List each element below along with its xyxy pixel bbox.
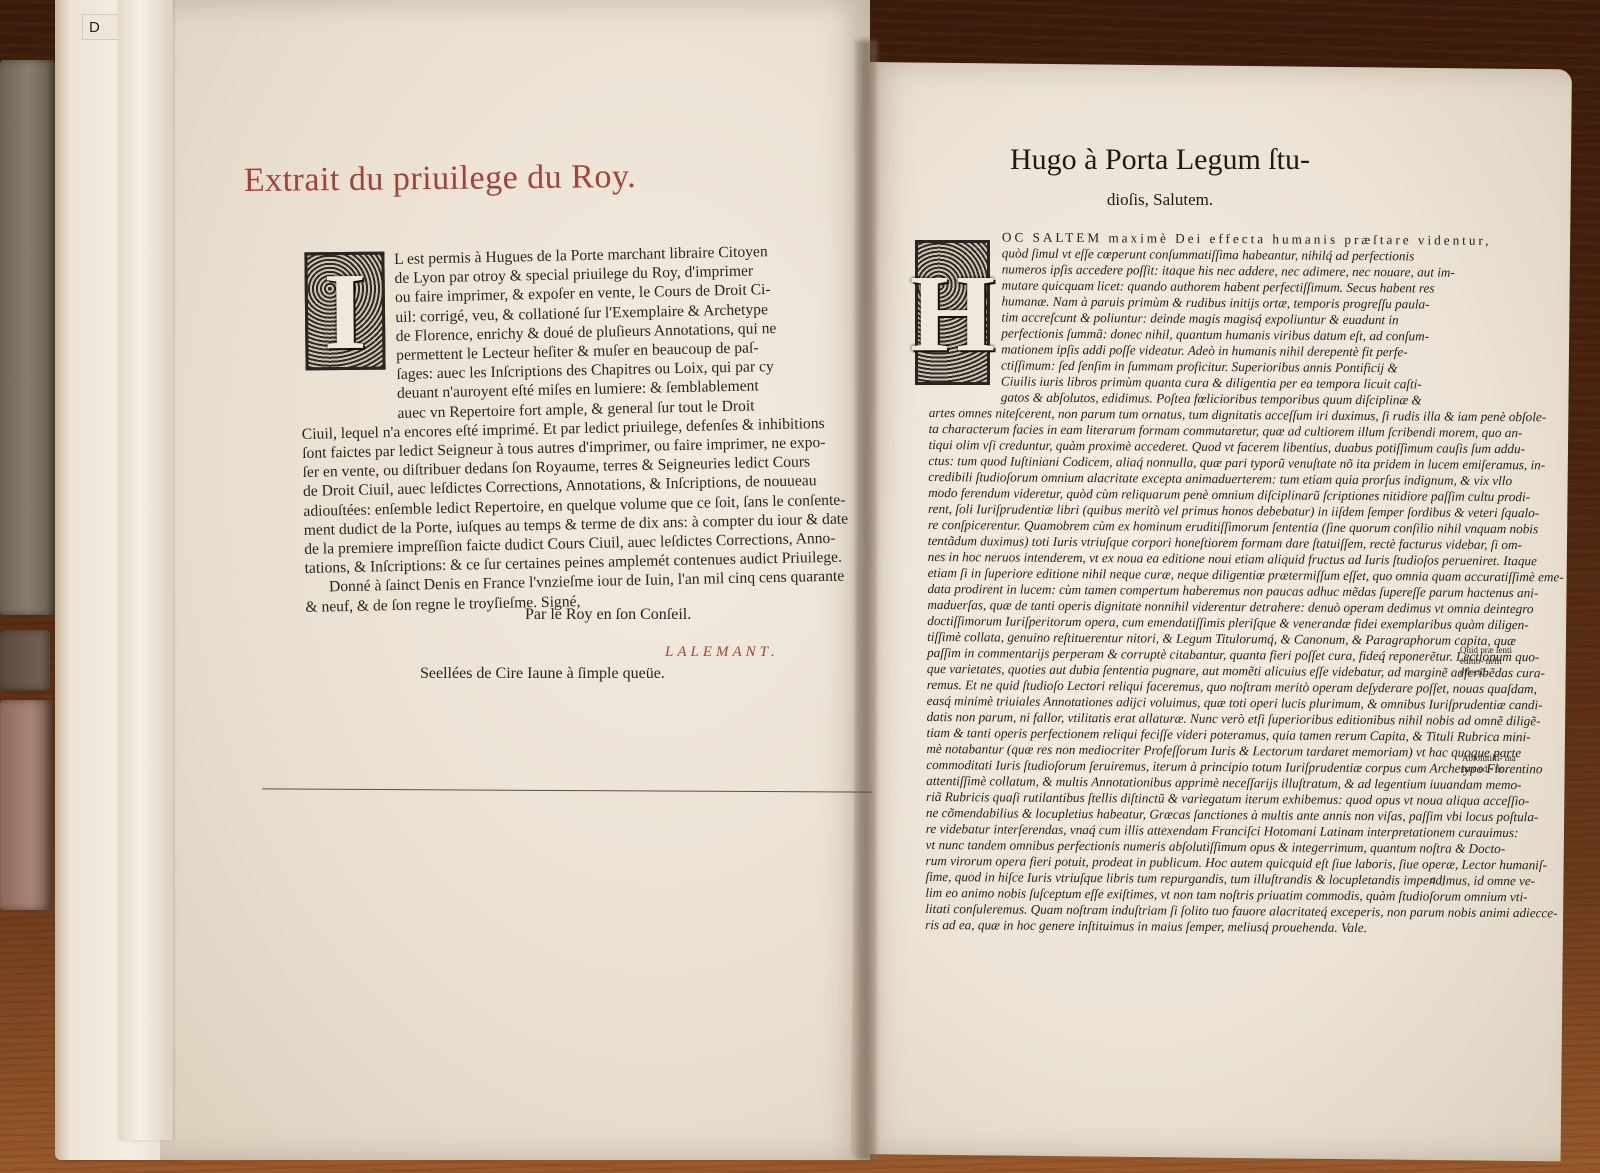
right-page-body: OC SALTEM maximè Dei effecta humanis præ… [925,229,1530,937]
initial-letter: I [323,256,367,366]
side-book-spine [0,60,55,615]
signatory-name: LALEMANT. [665,644,779,661]
right-page-subtitle: dioſis, Salutem. [940,190,1380,210]
marginal-note: Quid præ ſenti editio- neſit effectũ. [1460,645,1530,678]
side-book-spine [0,630,50,690]
right-page-title: Hugo à Porta Legum ſtu- [940,143,1380,177]
page-fold-strip [118,0,173,1140]
side-book-spine [0,700,52,910]
ornamental-initial-h: H [915,240,990,385]
initial-letter: H [910,258,996,368]
gathering-signature: a ij [1430,872,1446,887]
left-page-title: Extrait du priuilege du Roy. [240,158,640,200]
seal-note: Seellées de Cire Iaune à ſimple queüe. [420,665,665,683]
by-king-line: Par le Roy en ſon Conſeil. [525,606,691,624]
marginal-note: Abſolutiſſi- ma hæc edi- tio. [1462,753,1532,775]
ornamental-initial-i: I [304,252,385,371]
